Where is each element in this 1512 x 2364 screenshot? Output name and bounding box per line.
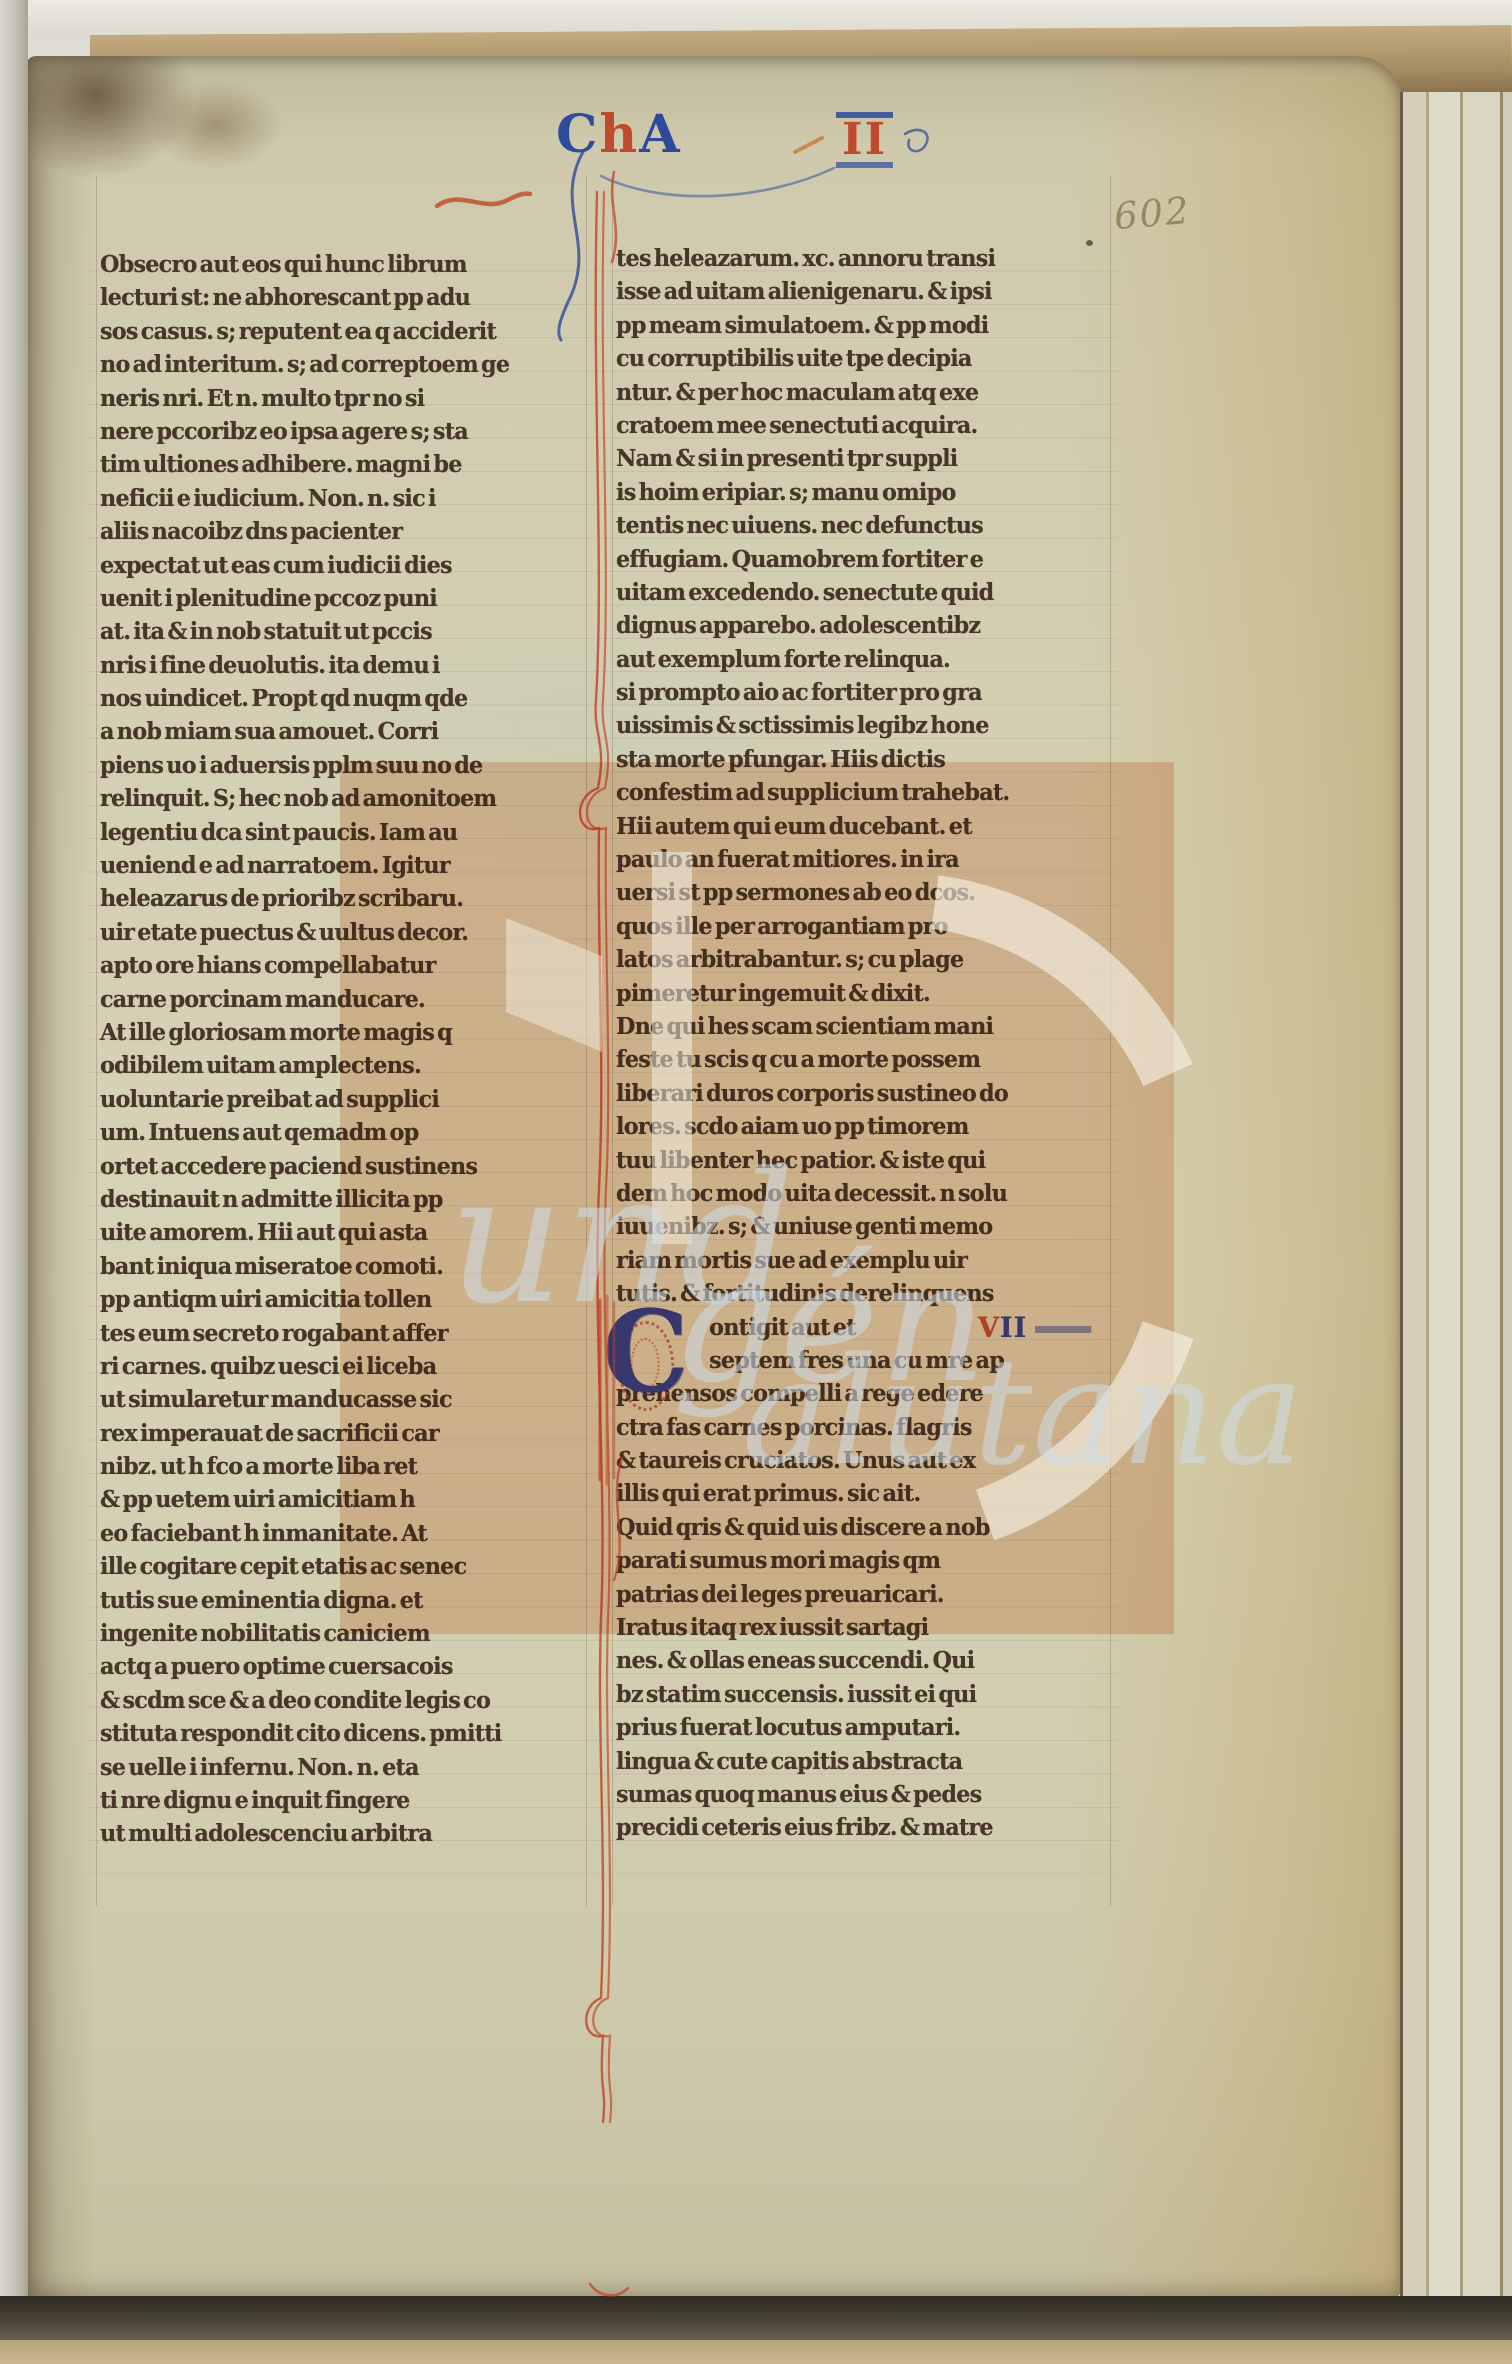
manuscript-line: aliis nacoibz dns pacienter [100, 515, 571, 548]
manuscript-line: neficii e iudicium. Non. n. sic i [100, 482, 571, 515]
manuscript-line: lecturi st: ne abhorescant pp adu [100, 281, 571, 314]
manuscript-line: nere pccoribz eo ipsa agere s; sta [100, 415, 571, 448]
manuscript-line: aut exemplum forte relinqua. [616, 643, 1095, 676]
manuscript-line: effugiam. Quamobrem fortiter e [616, 543, 1095, 576]
binding-gutter [0, 0, 28, 2364]
manuscript-line: ut multi adolescenciu arbitra [100, 1817, 571, 1850]
folio-number: 602 [1112, 189, 1192, 239]
manuscript-line: prius fuerat locutus amputari. [616, 1711, 1095, 1744]
manuscript-line: cu corruptibilis uite tpe decipia [616, 342, 1095, 375]
page-stack-edges [1400, 92, 1512, 2364]
manuscript-line: si prompto aio ac fortiter pro gra [616, 676, 1095, 709]
manuscript-line: precidi ceteris eius fribz. & matre [616, 1811, 1095, 1844]
manuscript-line: & scdm sce & a deo condite legis co [100, 1684, 571, 1717]
manuscript-line: dignus apparebo. adolescentibz [616, 609, 1095, 642]
manuscript-line: bz statim succensis. iussit ei qui [616, 1678, 1095, 1711]
running-header-letter: C [556, 104, 599, 165]
manuscript-photo: ChA II 602 Obsecro aut eos qui hunc libr… [0, 0, 1512, 2364]
manuscript-line: actq a puero optime cuersacois [100, 1650, 571, 1683]
manuscript-line: uitam excedendo. senectute quid [616, 576, 1095, 609]
manuscript-line: cratoem mee senectuti acquira. [616, 409, 1095, 442]
manuscript-line: tim ultiones adhibere. magni be [100, 448, 571, 481]
running-header-letter: A [639, 104, 681, 165]
manuscript-line: nos uindicet. Propt qd nuqm qde [100, 682, 571, 715]
ruling-vertical-left [96, 176, 97, 1906]
manuscript-line: neris nri. Et n. multo tpr no si [100, 382, 571, 415]
manuscript-line: uissimis & sctissimis legibz hone [616, 709, 1095, 742]
manuscript-line: uenit i plenitudine pccoz puni [100, 582, 571, 615]
manuscript-line: isse ad uitam alienigenaru. & ipsi [616, 275, 1095, 308]
manuscript-line: lingua & cute capitis abstracta [616, 1745, 1095, 1778]
manuscript-line: Obsecro aut eos qui hunc librum [100, 248, 571, 281]
manuscript-line: ntur. & per hoc maculam atq exe [616, 376, 1095, 409]
manuscript-line: no ad interitum. s; ad correptoem ge [100, 348, 571, 381]
watermark-text-fragment: alutana [742, 1338, 1304, 1486]
manuscript-line: tentis nec uiuens. nec defunctus [616, 509, 1095, 542]
lower-page-edge [0, 2340, 1512, 2364]
manuscript-line: Nam & si in presenti tpr suppli [616, 442, 1095, 475]
manuscript-line: nes. & ollas eneas succendi. Qui [616, 1644, 1095, 1677]
manuscript-line: at. ita & in nob statuit ut pccis [100, 615, 571, 648]
manuscript-line: pp meam simulatoem. & pp modi [616, 309, 1095, 342]
manuscript-line: sumas quoq manus eius & pedes [616, 1778, 1095, 1811]
page-bottom-shadow [0, 2296, 1512, 2340]
manuscript-line: ti nre dignu e inquit fingere [100, 1784, 571, 1817]
manuscript-line: a nob miam sua amouet. Corri [100, 715, 571, 748]
manuscript-line: tes heleazarum. xc. annoru transi [616, 242, 1095, 275]
running-header-letter: h [599, 104, 639, 165]
manuscript-line: is hoim eripiar. s; manu omipo [616, 476, 1095, 509]
manuscript-line: sos casus. s; reputent ea q acciderit [100, 315, 571, 348]
manuscript-line: expectat ut eas cum iudicii dies [100, 549, 571, 582]
manuscript-line: nris i fine deuolutis. ita demu i [100, 649, 571, 682]
running-header: ChA [556, 104, 682, 165]
manuscript-line: se uelle i infernu. Non. n. eta [100, 1751, 571, 1784]
book-numeral: II [836, 112, 893, 168]
manuscript-line: stituta respondit cito dicens. pmitti [100, 1717, 571, 1750]
